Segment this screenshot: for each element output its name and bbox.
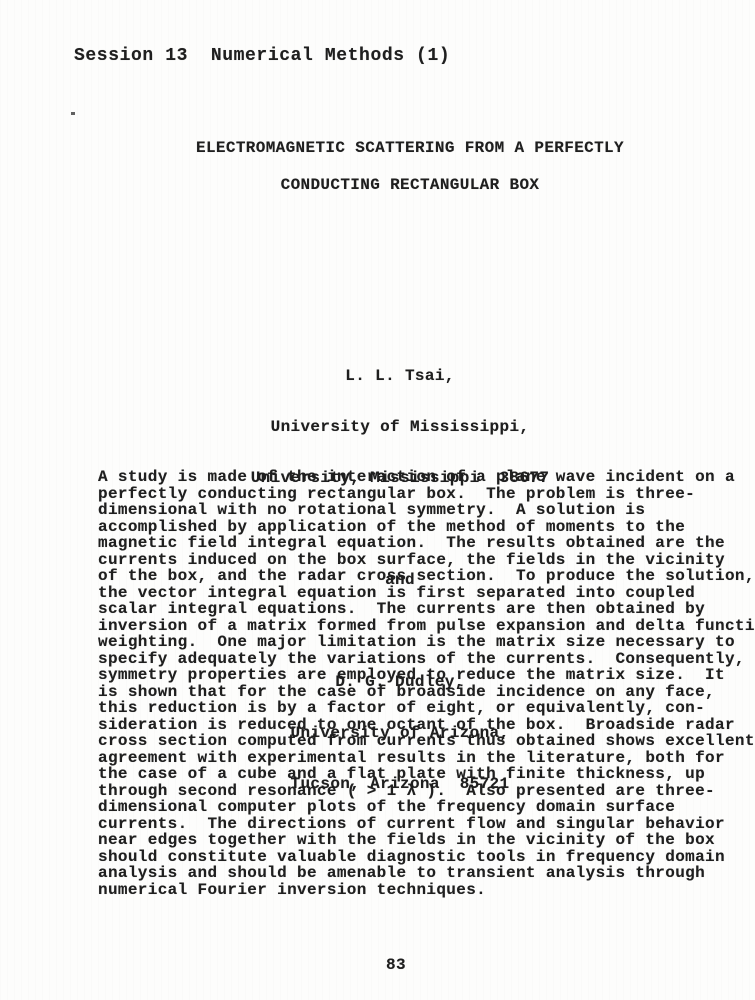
- abstract-text: A study is made of the interaction of a …: [98, 469, 755, 909]
- page-number: 83: [36, 956, 755, 974]
- author-name: L. L. Tsai,: [45, 368, 755, 385]
- author-affiliation: University of Mississippi,: [45, 419, 755, 436]
- scan-artifact-mark: [71, 112, 75, 115]
- session-header: Session 13 Numerical Methods (1): [74, 44, 450, 68]
- scanned-paper-page: Session 13 Numerical Methods (1) ELECTRO…: [0, 0, 755, 1000]
- paper-title-line-2: CONDUCTING RECTANGULAR BOX: [55, 176, 755, 194]
- paper-title-line-1: ELECTROMAGNETIC SCATTERING FROM A PERFEC…: [55, 139, 755, 157]
